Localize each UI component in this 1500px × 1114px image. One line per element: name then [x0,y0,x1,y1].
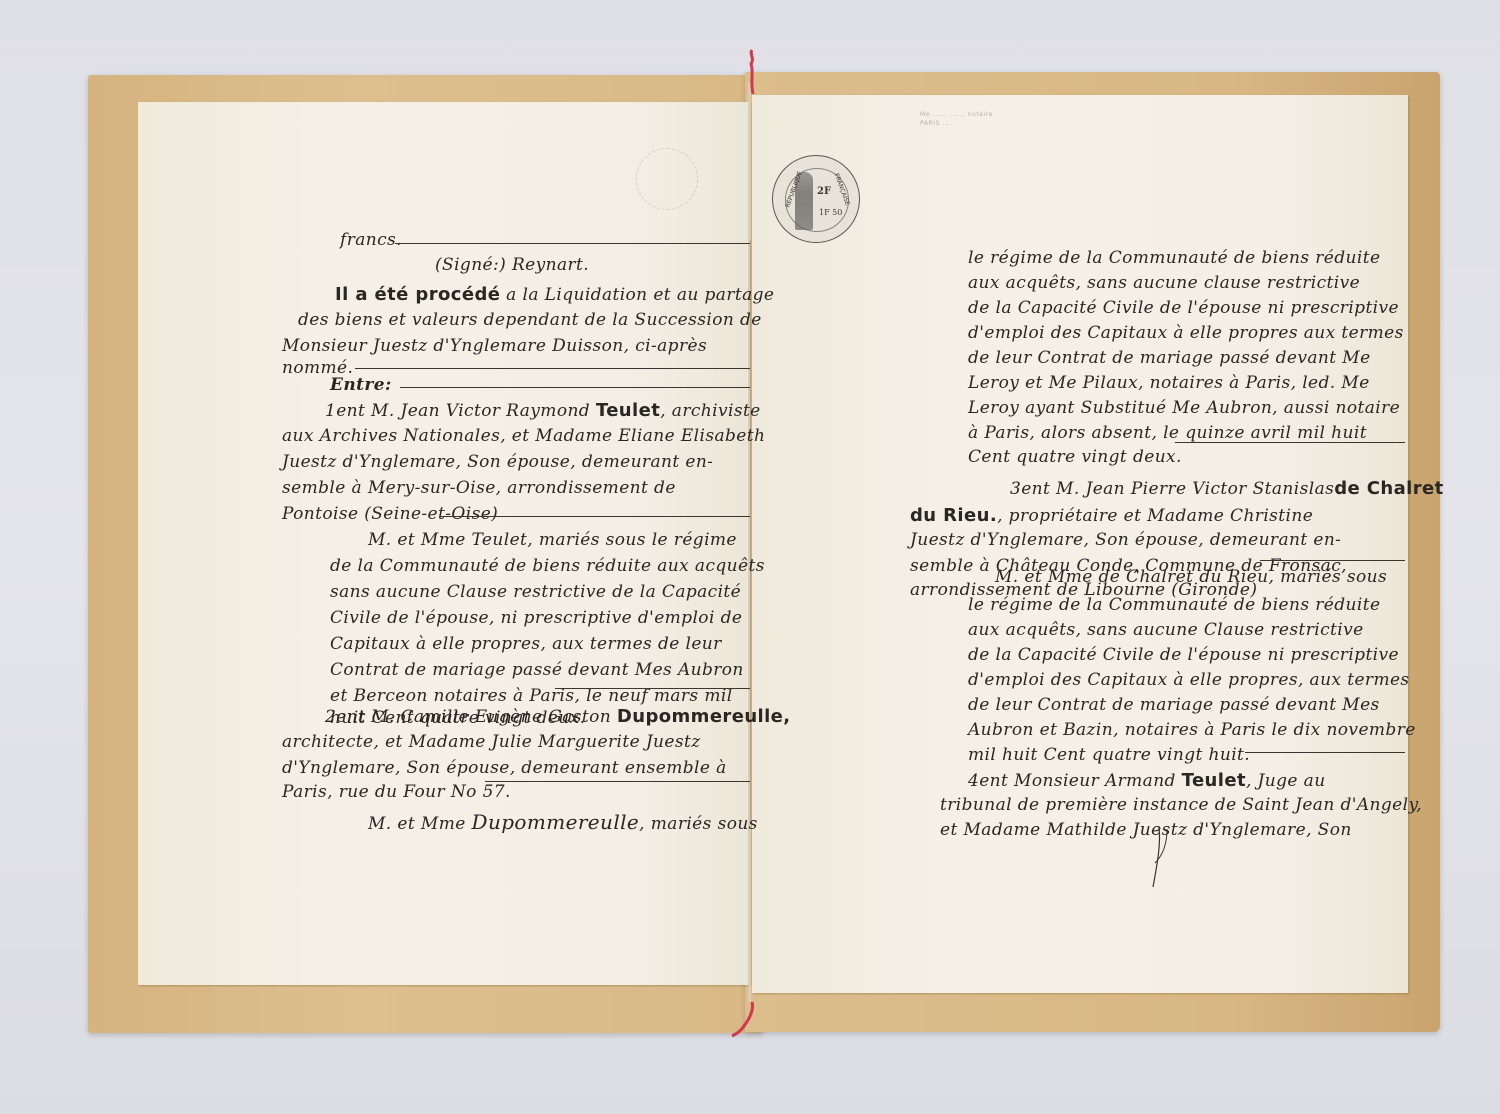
text-line: architecte, et Madame Julie Marguerite J… [282,732,701,752]
stamp-value-bottom: 1F 50 [819,208,842,217]
name-teulet-right: Teulet [1182,770,1246,791]
filler-rule [400,387,750,388]
text-line: Cent quatre vingt deux. [968,447,1182,467]
text-line: tribunal de première instance de Saint J… [940,795,1422,815]
section-entre: Entre: [330,375,392,395]
filler-rule [1175,442,1405,443]
text-line: Juestz d'Ynglemare, Son épouse, demeuran… [282,452,713,472]
filler-rule [1245,752,1405,753]
text-line: mil huit Cent quatre vingt huit. [968,745,1250,765]
faint-embossed-stamp [636,148,698,210]
binding-thread-bottom-icon [728,1000,758,1048]
text-line: semble à Mery-sur-Oise, arrondissement d… [282,478,676,498]
republique-francaise-revenue-stamp: RÉPUBLIQUE FRANÇAISE 2F 1F 50 [772,155,860,243]
text-line: Leroy et Me Pilaux, notaires à Paris, le… [968,373,1370,393]
text-line: Contrat de mariage passé devant Mes Aubr… [330,660,744,680]
text-line: Leroy ayant Substitué Me Aubron, aussi n… [968,398,1400,418]
text-line: et Berceon notaires à Paris, le neuf mar… [330,686,733,706]
filler-rule [555,688,750,689]
text-line: de leur Contrat de mariage passé devant … [968,695,1380,715]
text-line: Aubron et Bazin, notaires à Paris le dix… [968,720,1416,740]
name-de-chalret: de Chalret [1334,478,1443,499]
text-line: sans aucune Clause restrictive de la Cap… [330,582,741,602]
text-line: d'emploi des Capitaux à elle propres, au… [968,670,1410,690]
name-teulet: Teulet [596,400,660,421]
text-line: Capitaux à elle propres, aux termes de l… [330,634,722,654]
stamp-value-top: 2F [817,186,831,197]
text-line: d'emploi des Capitaux à elle propres aux… [968,323,1404,343]
text-line: de leur Contrat de mariage passé devant … [968,348,1371,368]
text-line: Paris, rue du Four No 57. [282,782,511,802]
filler-rule [485,781,750,782]
text-line: M. et Mme Teulet, mariés sous le régime [368,530,737,550]
name-du-rieu: du Rieu. [910,505,997,526]
text-line: à Paris, alors absent, le quinze avril m… [968,423,1367,443]
signature-line: (Signé:) Reynart. [435,255,589,275]
binding-thread-top-icon [748,48,756,96]
filler-rule [1260,560,1405,561]
text-line: d'Ynglemare, Son épouse, demeurant ensem… [282,758,727,778]
text-line: le régime de la Communauté de biens rédu… [968,595,1380,615]
text-line: francs. [340,230,402,250]
text-line: Civile de l'épouse, ni prescriptive d'em… [330,608,742,628]
pen-stroke-mark-icon [1145,825,1175,890]
text-line: aux acquêts, sans aucune Clause restrict… [968,620,1364,640]
filler-rule [355,368,750,369]
name-dupommereulle-2: Dupommereulle [472,810,640,834]
text-line: aux Archives Nationales, et Madame Elian… [282,426,765,446]
notary-letterhead: Me ...... ....., notaire PARIS .... [920,110,993,128]
filler-rule [395,243,750,244]
text-line: Monsieur Juestz d'Ynglemare Duisson, ci-… [282,336,707,356]
text-line: des biens et valeurs dependant de la Suc… [298,310,762,330]
text-line: Juestz d'Ynglemare, Son épouse, demeuran… [910,530,1341,550]
text-line: M. et Mme de Chalret du Rieu, mariés sou… [995,567,1387,587]
text-line: Pontoise (Seine-et-Oise) [282,504,498,524]
text-line: le régime de la Communauté de biens rédu… [968,248,1380,268]
filler-rule [440,516,750,517]
name-dupommereulle: Dupommereulle, [617,706,791,727]
text-line: de la Communauté de biens réduite aux ac… [330,556,765,576]
text-line: de la Capacité Civile de l'épouse ni pre… [968,645,1399,665]
text-line: aux acquêts, sans aucune clause restrict… [968,273,1360,293]
bold-heading: Il a été procédé [335,284,500,305]
text-line: de la Capacité Civile de l'épouse ni pre… [968,298,1399,318]
